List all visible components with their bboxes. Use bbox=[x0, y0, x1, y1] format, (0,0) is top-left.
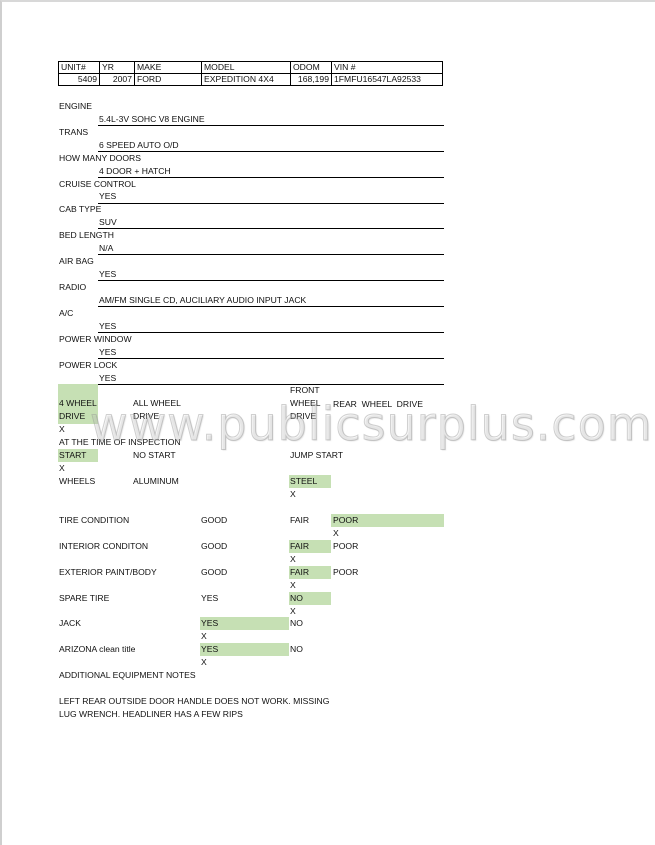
radio-value: AM/FM SINGLE CD, AUCILIARY AUDIO INPUT J… bbox=[99, 295, 306, 306]
exterior-label: EXTERIOR PAINT/BODY bbox=[59, 567, 157, 578]
divider bbox=[98, 384, 444, 385]
power-lock-value: YES bbox=[99, 373, 116, 384]
make-value: FORD bbox=[135, 74, 202, 86]
jack-yes: YES bbox=[201, 618, 218, 629]
tire-poor: POOR bbox=[333, 515, 358, 526]
title-yes: YES bbox=[201, 644, 218, 655]
exterior-mark: X bbox=[290, 580, 296, 591]
drive-fwd-line2: DRIVE bbox=[290, 411, 316, 422]
drive-fwd-line1: WHEEL bbox=[290, 398, 321, 409]
trans-label: TRANS bbox=[59, 127, 88, 138]
drive-fwd-line0: FRONT bbox=[290, 385, 320, 396]
table-header-row: UNIT# YR MAKE MODEL ODOM VIN # bbox=[59, 62, 443, 74]
drive-rwd: REAR WHEEL DRIVE bbox=[333, 399, 423, 410]
vehicle-header-table: UNIT# YR MAKE MODEL ODOM VIN # 5409 2007… bbox=[58, 61, 443, 86]
divider bbox=[98, 228, 444, 229]
exterior-poor: POOR bbox=[333, 567, 358, 578]
wheels-aluminum: ALUMINUM bbox=[133, 476, 179, 487]
unit-value: 5409 bbox=[59, 74, 100, 86]
ac-value: YES bbox=[99, 321, 116, 332]
notes-line-2: LUG WRENCH. HEADLINER HAS A FEW RIPS bbox=[59, 709, 243, 720]
cruise-value: YES bbox=[99, 191, 116, 202]
divider bbox=[98, 332, 444, 333]
col-make: MAKE bbox=[135, 62, 202, 74]
spare-tire-no: NO bbox=[290, 593, 303, 604]
col-year: YR bbox=[100, 62, 135, 74]
divider bbox=[98, 358, 444, 359]
notes-line-1: LEFT REAR OUTSIDE DOOR HANDLE DOES NOT W… bbox=[59, 696, 329, 707]
tire-fair: FAIR bbox=[290, 515, 309, 526]
cab-value: SUV bbox=[99, 217, 117, 228]
title-label: ARIZONA clean title bbox=[59, 644, 135, 655]
inspection-start: START bbox=[59, 450, 86, 461]
divider bbox=[98, 254, 444, 255]
cab-label: CAB TYPE bbox=[59, 204, 101, 215]
year-value: 2007 bbox=[100, 74, 135, 86]
table-row: 5409 2007 FORD EXPEDITION 4X4 168,199 1F… bbox=[59, 74, 443, 86]
spare-tire-mark: X bbox=[290, 606, 296, 617]
bed-value: N/A bbox=[99, 243, 113, 254]
tire-good: GOOD bbox=[201, 515, 227, 526]
col-unit: UNIT# bbox=[59, 62, 100, 74]
col-model: MODEL bbox=[202, 62, 291, 74]
col-odom: ODOM bbox=[291, 62, 332, 74]
interior-fair: FAIR bbox=[290, 541, 309, 552]
model-value: EXPEDITION 4X4 bbox=[202, 74, 291, 86]
vin-value: 1FMFU16547LA92533 bbox=[332, 74, 443, 86]
airbag-label: AIR BAG bbox=[59, 256, 94, 267]
interior-label: INTERIOR CONDITON bbox=[59, 541, 148, 552]
radio-label: RADIO bbox=[59, 282, 86, 293]
jack-no: NO bbox=[290, 618, 303, 629]
jack-label: JACK bbox=[59, 618, 81, 629]
engine-value: 5.4L-3V SOHC V8 ENGINE bbox=[99, 114, 205, 125]
ac-label: A/C bbox=[59, 308, 73, 319]
notes-title: ADDITIONAL EQUIPMENT NOTES bbox=[59, 670, 196, 681]
document-page: UNIT# YR MAKE MODEL ODOM VIN # 5409 2007… bbox=[0, 0, 655, 845]
drive-awd-line2: DRIVE bbox=[133, 411, 159, 422]
spare-tire-yes: YES bbox=[201, 593, 218, 604]
drive-mark: X bbox=[59, 424, 65, 435]
divider bbox=[98, 151, 444, 152]
doors-value: 4 DOOR + HATCH bbox=[99, 166, 171, 177]
drive-4wd-line1: 4 WHEEL bbox=[59, 398, 97, 409]
power-window-value: YES bbox=[99, 347, 116, 358]
divider bbox=[98, 177, 444, 178]
col-vin: VIN # bbox=[332, 62, 443, 74]
tire-condition-label: TIRE CONDITION bbox=[59, 515, 129, 526]
bed-label: BED LENGTH bbox=[59, 230, 114, 241]
wheels-mark: X bbox=[290, 489, 296, 500]
power-window-label: POWER WINDOW bbox=[59, 334, 132, 345]
divider bbox=[98, 203, 444, 204]
exterior-fair: FAIR bbox=[290, 567, 309, 578]
power-lock-label: POWER LOCK bbox=[59, 360, 117, 371]
drive-awd-line1: ALL WHEEL bbox=[133, 398, 181, 409]
title-mark: X bbox=[201, 657, 207, 668]
spare-tire-label: SPARE TIRE bbox=[59, 593, 109, 604]
inspection-title: AT THE TIME OF INSPECTION bbox=[59, 437, 181, 448]
trans-value: 6 SPEED AUTO O/D bbox=[99, 140, 179, 151]
doors-label: HOW MANY DOORS bbox=[59, 153, 141, 164]
wheels-steel: STEEL bbox=[290, 476, 317, 487]
inspection-mark: X bbox=[59, 463, 65, 474]
airbag-value: YES bbox=[99, 269, 116, 280]
interior-poor: POOR bbox=[333, 541, 358, 552]
divider bbox=[98, 280, 444, 281]
interior-mark: X bbox=[290, 554, 296, 565]
odometer-value: 168,199 bbox=[291, 74, 332, 86]
tire-mark: X bbox=[333, 528, 339, 539]
divider bbox=[98, 125, 444, 126]
inspection-no-start: NO START bbox=[133, 450, 176, 461]
cruise-label: CRUISE CONTROL bbox=[59, 179, 136, 190]
inspection-jump-start: JUMP START bbox=[290, 450, 343, 461]
engine-label: ENGINE bbox=[59, 101, 92, 112]
drive-4wd-line2: DRIVE bbox=[59, 411, 85, 422]
title-no: NO bbox=[290, 644, 303, 655]
wheels-label: WHEELS bbox=[59, 476, 95, 487]
jack-mark: X bbox=[201, 631, 207, 642]
divider bbox=[98, 306, 444, 307]
exterior-good: GOOD bbox=[201, 567, 227, 578]
interior-good: GOOD bbox=[201, 541, 227, 552]
